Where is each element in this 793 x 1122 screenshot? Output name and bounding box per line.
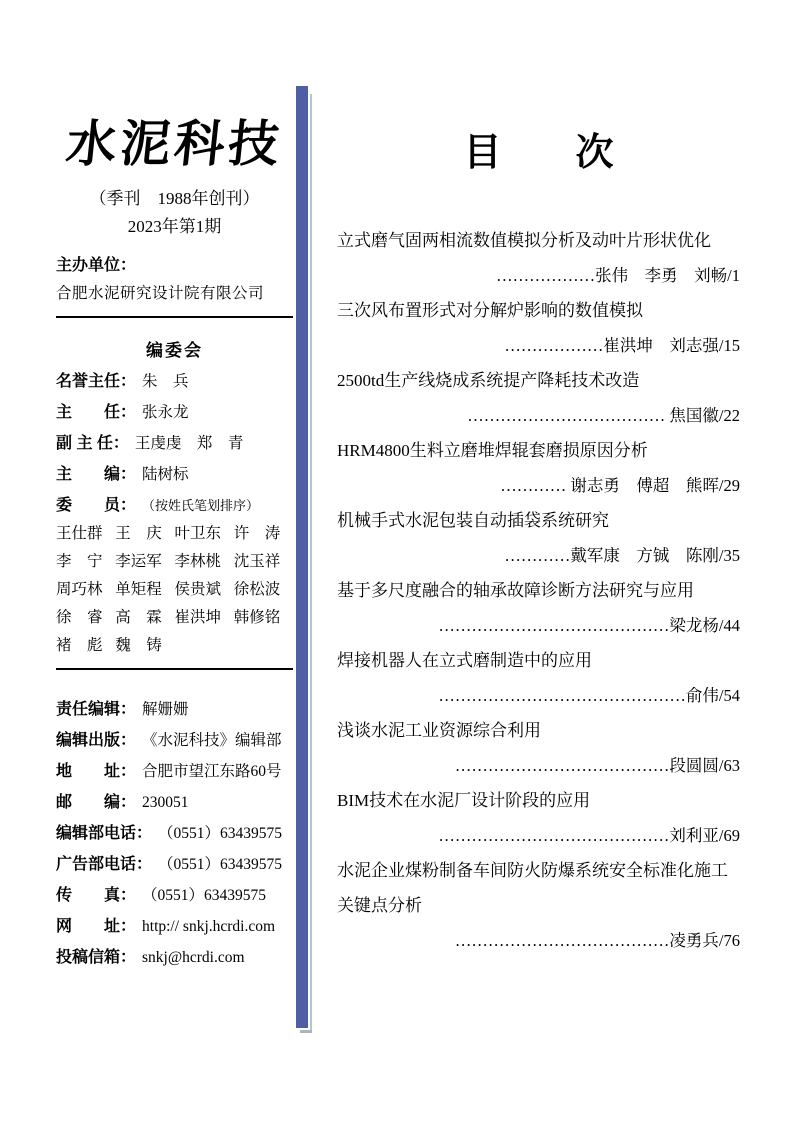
board-member: 高 霖	[115, 608, 174, 628]
imprint-row-address: 地 址： 合肥市望江东路60号	[56, 762, 293, 782]
divider-bar-shadow-bottom	[300, 1030, 312, 1033]
board-member: 王 庆	[115, 524, 174, 544]
board-member: 徐 睿	[56, 608, 115, 628]
toc-column: 目 次 立式磨气固两相流数值模拟分析及动叶片形状优化 ………………张伟 李勇 刘…	[337, 120, 740, 958]
toc-entry: 机械手式水泥包装自动插袋系统研究 …………戴军康 方铖 陈刚/35	[337, 503, 740, 573]
imprint-value: 230051	[142, 793, 189, 813]
journal-toc-page: 水泥科技 （季刊 1988年创刊） 2023年第1期 主办单位： 合肥水泥研究设…	[0, 0, 793, 1122]
board-member: 李运军	[115, 552, 174, 572]
board-member: 崔洪坤	[175, 608, 234, 628]
board-member: 徐松波	[234, 580, 293, 600]
imprint-label: 编辑部电话：	[56, 824, 152, 844]
imprint-value: （0551）63439575	[158, 824, 282, 844]
toc-entry-byline: ………… 谢志勇 傅超 熊晖/29	[337, 468, 740, 503]
board-row-label: 主 编：	[56, 465, 136, 485]
board-row-value: 朱 兵	[142, 372, 189, 392]
imprint-row-website: 网 址： 投稿信箱： http:// snkj.hcrdi.com	[56, 917, 293, 937]
journal-issue: 2023年第1期	[56, 216, 293, 238]
toc-entry-byline: ……………………………………刘利亚/69	[337, 818, 740, 853]
board-row-note: （按姓氏笔划排序）	[142, 496, 259, 516]
board-row-honorary-director: 名誉主任： 朱 兵	[56, 372, 293, 392]
imprint-row-submission-email: 投稿信箱： snkj@hcrdi.com	[56, 948, 293, 968]
imprint-label: 编辑出版：	[56, 731, 136, 751]
toc-entry-byline: …………………………………凌勇兵/76	[337, 923, 740, 958]
board-row-deputy-director: 副 主 任： 王虔虔 郑 青	[56, 434, 293, 454]
toc-entry-title: 浅谈水泥工业资源综合利用	[337, 713, 740, 748]
toc-list: 立式磨气固两相流数值模拟分析及动叶片形状优化 ………………张伟 李勇 刘畅/1 …	[337, 223, 740, 958]
imprint-section: 责任编辑： 解姗姗 编辑出版： 《水泥科技》编辑部 地 址： 合肥市望江东路60…	[56, 700, 293, 968]
board-row-value: 陆树标	[142, 465, 189, 485]
board-row-label: 委 员：	[56, 496, 136, 516]
toc-entry-byline: …………戴军康 方铖 陈刚/35	[337, 538, 740, 573]
imprint-label: 邮 编：	[56, 793, 136, 813]
divider-rule-bottom	[56, 668, 293, 670]
imprint-label: 传 真：	[56, 886, 136, 906]
imprint-value: （0551）63439575	[142, 886, 266, 906]
toc-entry-title: 机械手式水泥包装自动插袋系统研究	[337, 503, 740, 538]
toc-entry-byline: ………………崔洪坤 刘志强/15	[337, 328, 740, 363]
toc-entry-title: 2500td生产线烧成系统提产降耗技术改造	[337, 363, 740, 398]
toc-entry: 水泥企业煤粉制备车间防火防爆系统安全标准化施工关键点分析 ………………………………	[337, 853, 740, 958]
toc-entry-byline: …………………………………段圆圆/63	[337, 748, 740, 783]
divider-bar-shadow-right	[310, 94, 312, 1032]
imprint-row-postcode: 邮 编： 230051	[56, 793, 293, 813]
imprint-label: 投稿信箱：	[56, 948, 136, 968]
toc-entry-title: 水泥企业煤粉制备车间防火防爆系统安全标准化施工关键点分析	[337, 853, 740, 923]
toc-entry-title: 三次风布置形式对分解炉影响的数值模拟	[337, 293, 740, 328]
divider-rule-top	[56, 316, 293, 318]
board-row-value: 王虔虔 郑 青	[135, 434, 244, 454]
imprint-row-publisher: 编辑出版： 《水泥科技》编辑部	[56, 731, 293, 751]
toc-entry: 立式磨气固两相流数值模拟分析及动叶片形状优化 ………………张伟 李勇 刘畅/1	[337, 223, 740, 293]
toc-entry: 2500td生产线烧成系统提产降耗技术改造 ……………………………… 焦国徽/2…	[337, 363, 740, 433]
toc-entry: 基于多尺度融合的轴承故障诊断方法研究与应用 ……………………………………梁龙杨/…	[337, 573, 740, 643]
toc-entry-title: 基于多尺度融合的轴承故障诊断方法研究与应用	[337, 573, 740, 608]
board-row-label: 主 任：	[56, 403, 136, 423]
board-row-label: 名誉主任：	[56, 372, 136, 392]
toc-entry: 三次风布置形式对分解炉影响的数值模拟 ………………崔洪坤 刘志强/15	[337, 293, 740, 363]
journal-subtitle: （季刊 1988年创刊）	[56, 188, 293, 210]
board-row-label: 副 主 任：	[56, 434, 129, 454]
imprint-row-editorial-phone: 编辑部电话： （0551）63439575	[56, 824, 293, 844]
board-member: 单矩程	[115, 580, 174, 600]
board-row-director: 主 任： 张永龙	[56, 403, 293, 423]
imprint-value: 《水泥科技》编辑部	[142, 731, 282, 751]
editorial-board-title: 编委会	[56, 340, 293, 362]
toc-entry: HRM4800生料立磨堆焊辊套磨损原因分析 ………… 谢志勇 傅超 熊晖/29	[337, 433, 740, 503]
masthead-column: 水泥科技 （季刊 1988年创刊） 2023年第1期 主办单位： 合肥水泥研究设…	[56, 88, 293, 979]
board-member: 李 宁	[56, 552, 115, 572]
board-member: 褚 彪	[56, 636, 115, 656]
imprint-value: 解姗姗	[142, 700, 189, 720]
publisher-name: 合肥水泥研究设计院有限公司	[56, 284, 293, 304]
imprint-value: （0551）63439575	[158, 855, 282, 875]
toc-entry-title: BIM技术在水泥厂设计阶段的应用	[337, 783, 740, 818]
imprint-label: 广告部电话：	[56, 855, 152, 875]
toc-entry-byline: ………………张伟 李勇 刘畅/1	[337, 258, 740, 293]
imprint-row-responsible-editor: 责任编辑： 解姗姗	[56, 700, 293, 720]
board-member: 李林桃	[175, 552, 234, 572]
board-member: 沈玉祥	[234, 552, 293, 572]
imprint-value: snkj@hcrdi.com	[142, 948, 245, 968]
toc-entry: 浅谈水泥工业资源综合利用 …………………………………段圆圆/63	[337, 713, 740, 783]
board-row-committee: 委 员： （按姓氏笔划排序）	[56, 496, 293, 516]
toc-entry-title: HRM4800生料立磨堆焊辊套磨损原因分析	[337, 433, 740, 468]
board-member: 魏 铸	[115, 636, 174, 656]
board-member: 叶卫东	[175, 524, 234, 544]
toc-entry-byline: ……………………………………梁龙杨/44	[337, 608, 740, 643]
toc-entry-title: 立式磨气固两相流数值模拟分析及动叶片形状优化	[337, 223, 740, 258]
toc-entry: BIM技术在水泥厂设计阶段的应用 ……………………………………刘利亚/69	[337, 783, 740, 853]
divider-bar	[296, 86, 308, 1028]
toc-entry-byline: ……………………………… 焦国徽/22	[337, 398, 740, 433]
imprint-value: 合肥市望江东路60号	[142, 762, 282, 782]
publisher-label: 主办单位：	[56, 256, 293, 276]
toc-title: 目 次	[337, 130, 740, 174]
board-member: 王仕群	[56, 524, 115, 544]
board-row-value: 张永龙	[142, 403, 189, 423]
board-member: 周巧林	[56, 580, 115, 600]
board-members-grid: 王仕群 王 庆 叶卫东 许 涛 李 宁 李运军 李林桃 沈玉祥 周巧林 单矩程 …	[56, 524, 293, 656]
imprint-row-ad-phone: 广告部电话： （0551）63439575	[56, 855, 293, 875]
toc-entry: 焊接机器人在立式磨制造中的应用 ………………………………………俞伟/54	[337, 643, 740, 713]
board-member: 许 涛	[234, 524, 293, 544]
imprint-row-fax: 传 真： （0551）63439575	[56, 886, 293, 906]
imprint-label: 网 址：	[56, 917, 136, 937]
board-member: 韩修铭	[234, 608, 293, 628]
board-row-chief-editor: 主 编： 陆树标	[56, 465, 293, 485]
toc-entry-title: 焊接机器人在立式磨制造中的应用	[337, 643, 740, 678]
board-member: 侯贵斌	[175, 580, 234, 600]
imprint-label: 责任编辑：	[56, 700, 136, 720]
journal-title: 水泥科技	[53, 114, 296, 174]
imprint-value: http:// snkj.hcrdi.com	[142, 917, 275, 937]
imprint-label: 地 址：	[56, 762, 136, 782]
toc-entry-byline: ………………………………………俞伟/54	[337, 678, 740, 713]
